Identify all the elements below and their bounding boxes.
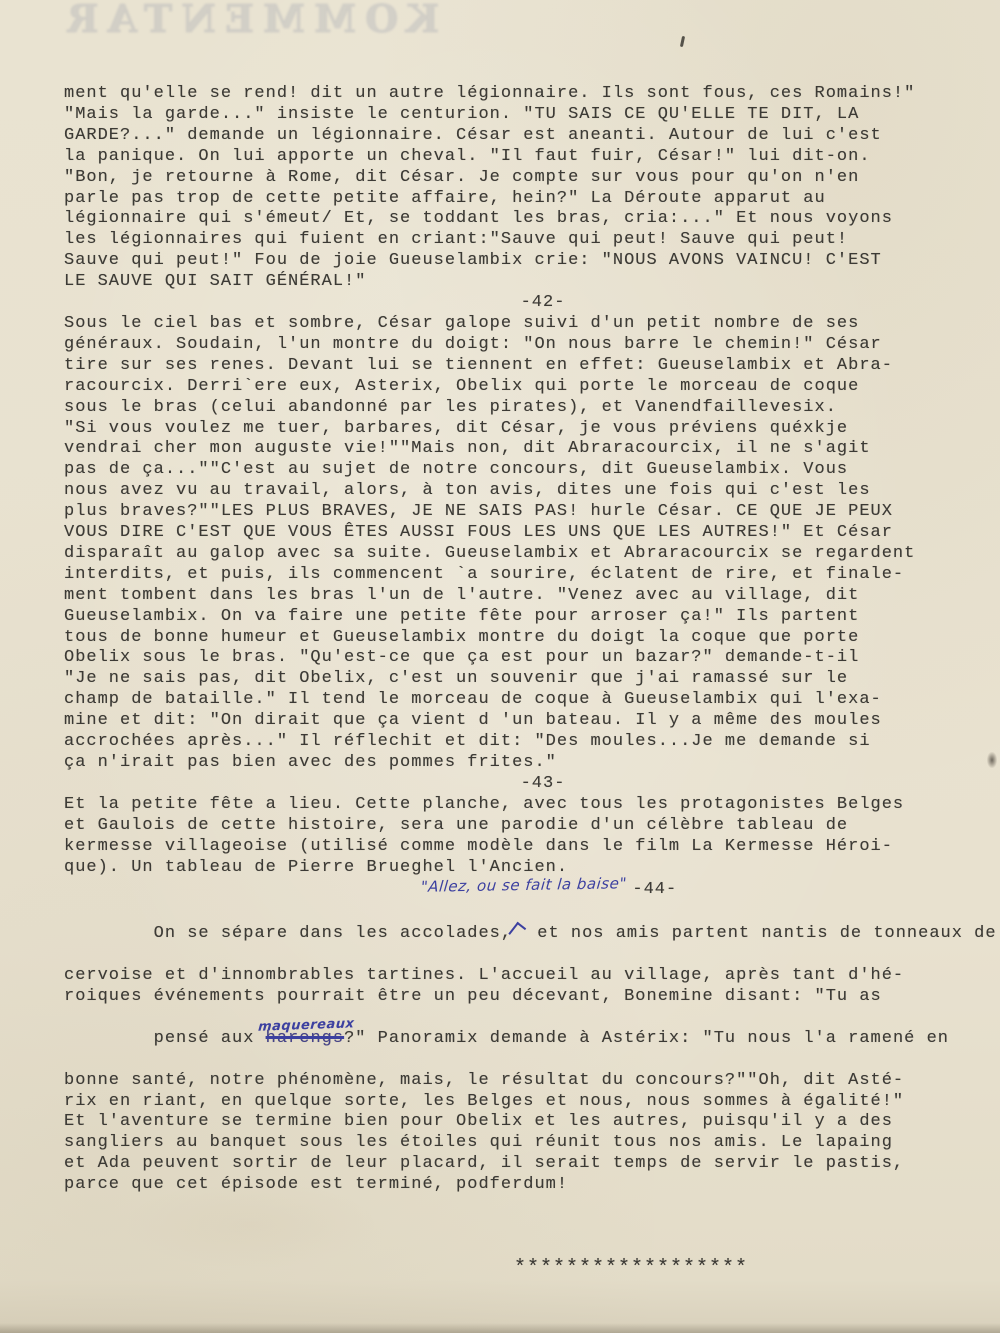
paragraph-section-43: Et la petite fête a lieu. Cette planche,… [64, 795, 944, 879]
ink-speck [680, 36, 685, 47]
handwritten-correction: maquereaux [257, 1014, 355, 1038]
ghost-showthrough-text: KOMMENTAR [58, 0, 439, 41]
typed-text-column: ment qu'elle se rend! dit un autre légio… [64, 84, 944, 1280]
page-number-44: -44- [632, 880, 677, 901]
paragraph-continuation: ment qu'elle se rend! dit un autre légio… [64, 84, 944, 293]
page-number-42: -42- [64, 293, 944, 314]
scan-edge-shadow [0, 1323, 1000, 1333]
text-line-with-insertion-mark: On se sépare dans les accolades, et nos … [64, 901, 944, 966]
text-segment: On se sépare dans les accolades, [154, 924, 512, 943]
asterisk-divider: ****************** [64, 1259, 1000, 1280]
text-lines: bonne santé, notre phénomène, mais, le r… [64, 1071, 944, 1196]
text-lines: cervoise et d'innombrables tartines. L'a… [64, 966, 944, 1008]
text-segment: ?" Panoramix demande à Astérix: "Tu nous… [344, 1029, 949, 1048]
ink-blot [987, 752, 997, 768]
page-number-43: -43- [64, 774, 944, 795]
text-line-with-correction: pensé aux harengsmaquereaux?" Panoramix … [64, 1008, 944, 1071]
text-segment: et nos amis partent nantis de tonneaux d… [526, 924, 996, 943]
paragraph-section-44: On se sépare dans les accolades, et nos … [64, 901, 944, 1196]
typewritten-page: KOMMENTAR ment qu'elle se rend! dit un a… [0, 0, 1000, 1333]
page-number-44-row: "Allez, ou se fait la baise" -44- [64, 878, 944, 901]
text-segment: pensé aux [154, 1029, 266, 1048]
handwritten-annotation: "Allez, ou se fait la baise" [420, 874, 628, 898]
paragraph-section-42: Sous le ciel bas et sombre, César galope… [64, 314, 944, 774]
corrected-word-wrap: harengsmaquereaux [266, 1029, 344, 1050]
